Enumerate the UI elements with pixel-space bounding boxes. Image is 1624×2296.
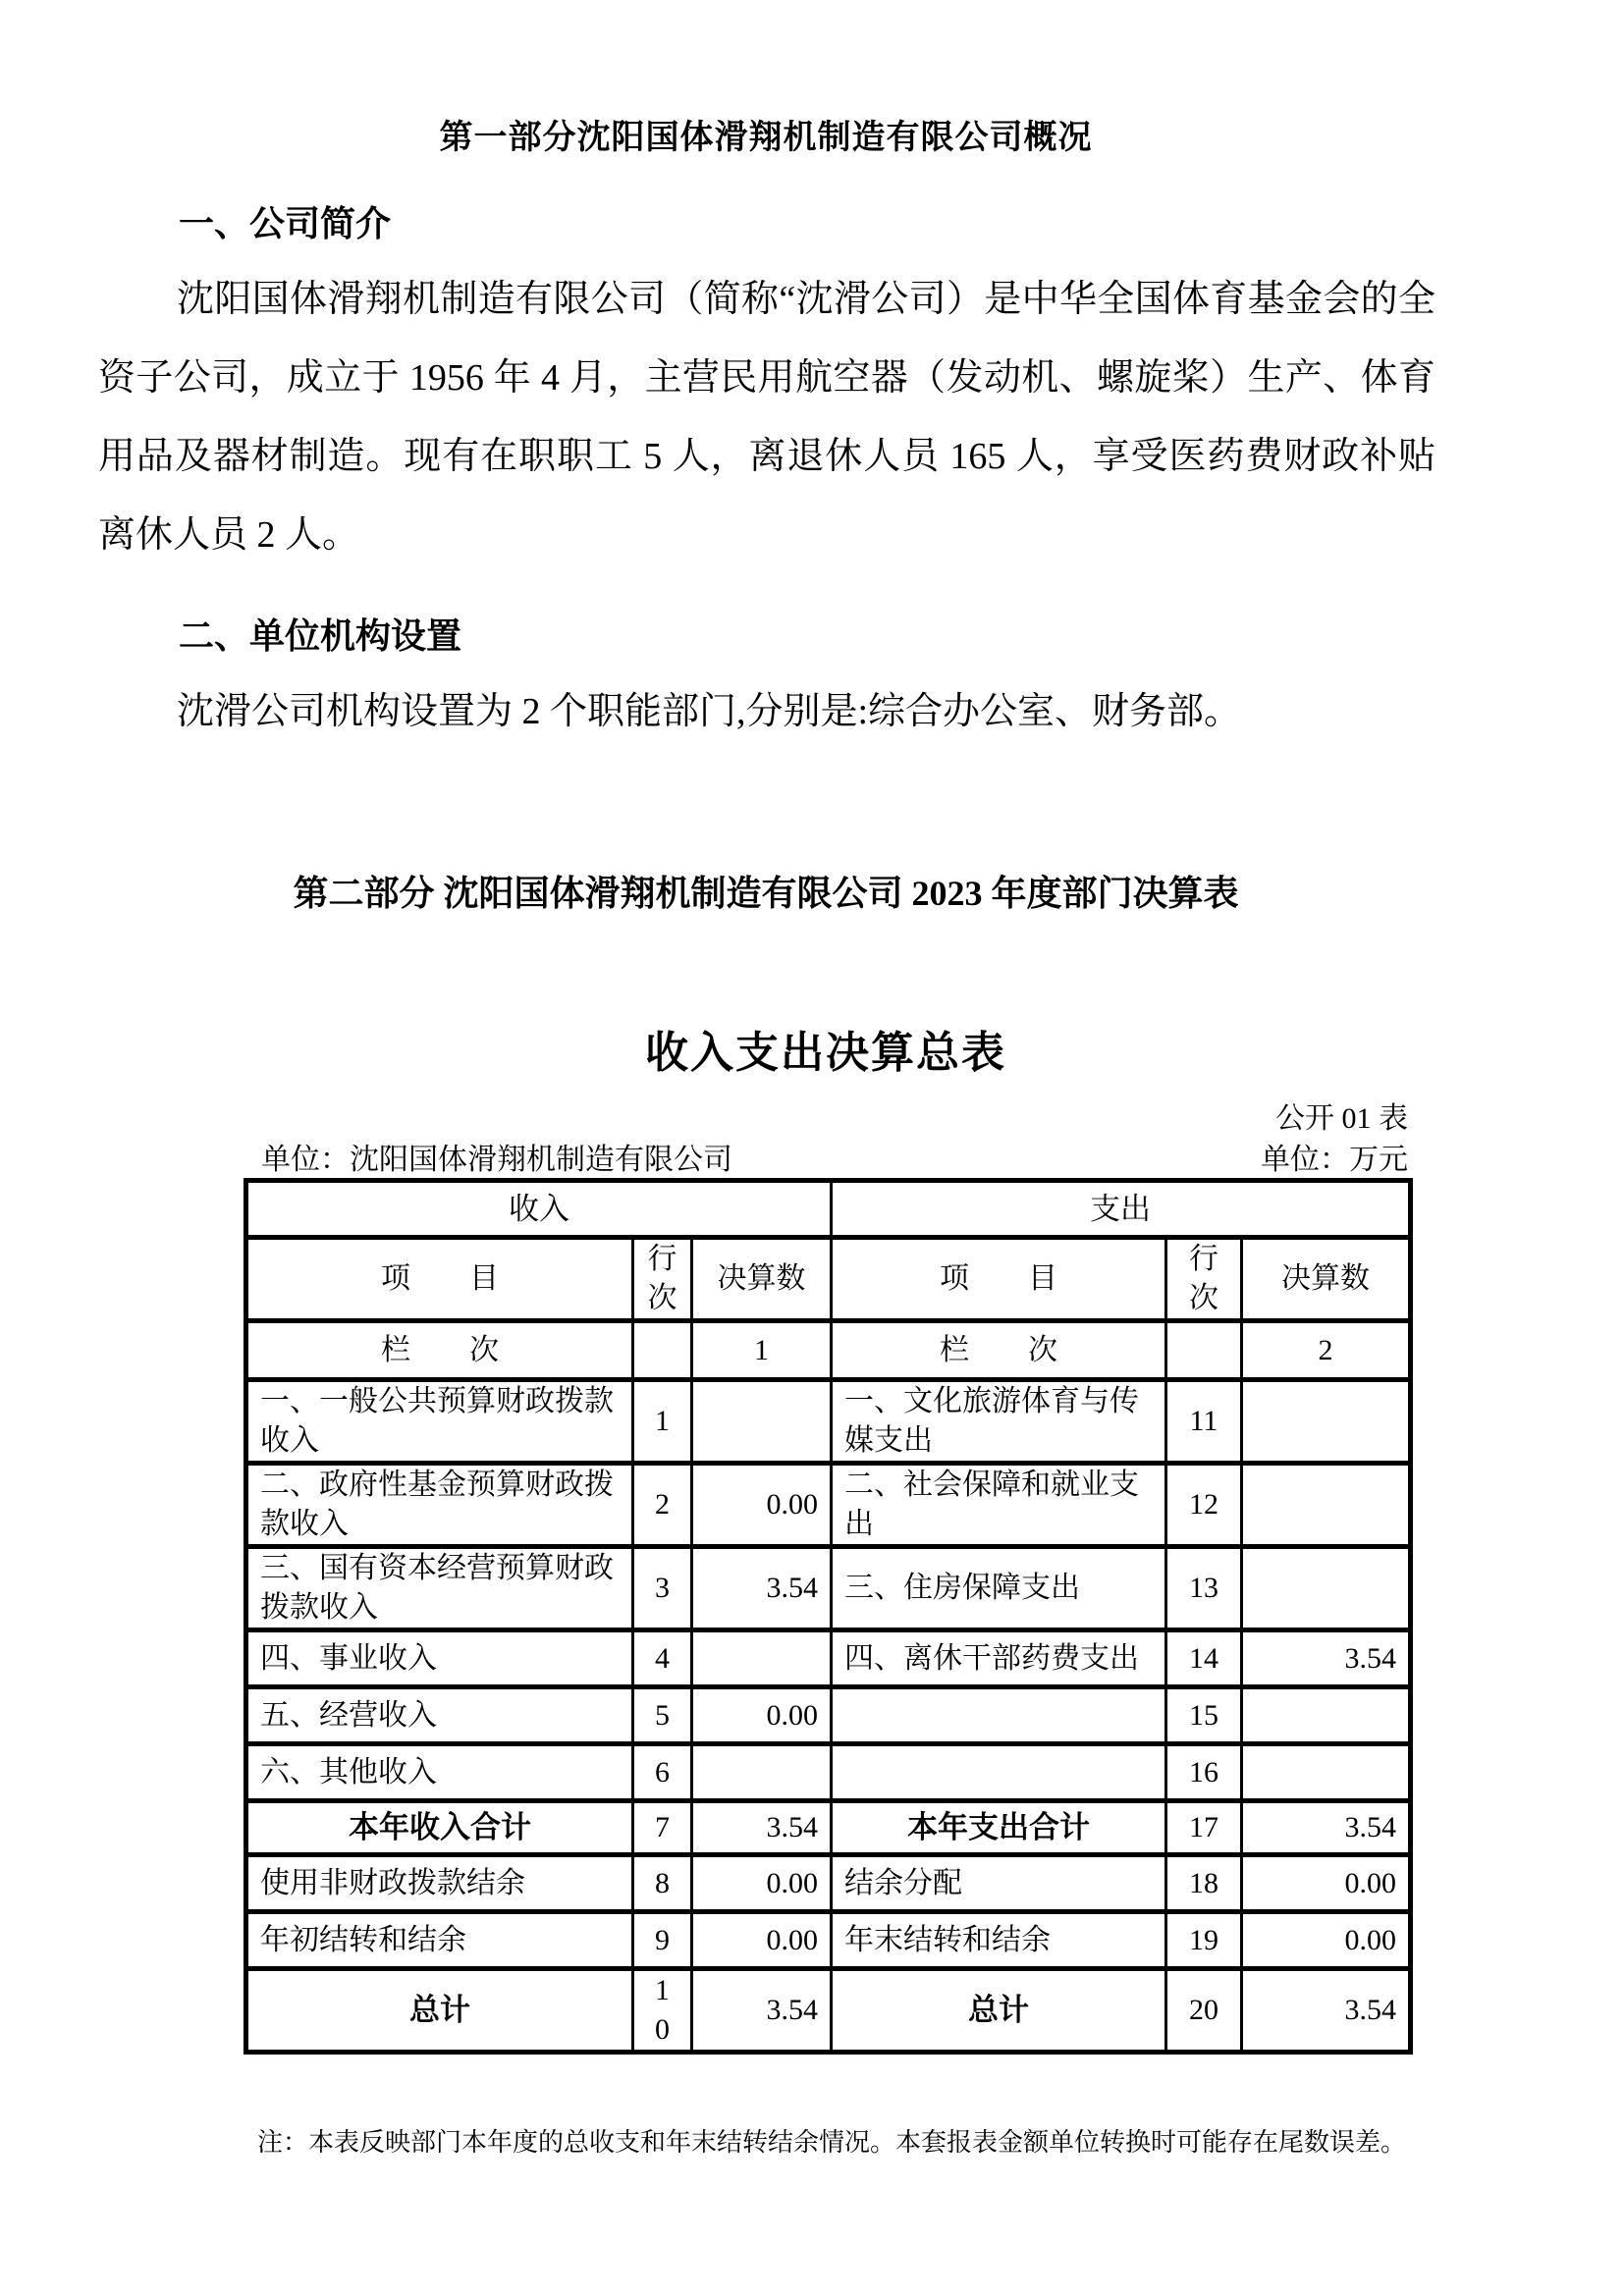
org-structure-paragraph: 沈滑公司机构设置为 2 个职能部门,分别是:综合办公室、财务部。 [98,672,1435,751]
income-rowno-cell: 5 [633,1687,692,1744]
table-row: 使用非财政拨款结余 8 0.00 结余分配 18 0.00 [246,1855,1411,1912]
unit-company-label: 单位：沈阳国体滑翔机制造有限公司 [244,1135,732,1178]
income-rowno-cell: 1 0 [633,1969,692,2053]
income-rowno-cell: 3 [633,1547,692,1630]
expense-rowno-cell: 14 [1166,1630,1242,1687]
expense-col-index: 2 [1242,1321,1411,1380]
expense-rowno-cell: 18 [1166,1855,1242,1912]
expense-item-header: 项 目 [832,1238,1166,1321]
company-intro-paragraph: 沈阳国体滑翔机制造有限公司（简称“沈滑公司）是中华全国体育基金会的全资子公司，成… [98,260,1435,574]
income-item-cell: 五、经营收入 [246,1687,633,1744]
expense-rowno-cell: 11 [1166,1380,1242,1464]
expense-rowno-cell: 13 [1166,1547,1242,1630]
expense-value-cell: 3.54 [1242,1801,1411,1855]
income-value-cell [692,1630,832,1687]
unit-currency-label: 单位：万元 [1261,1135,1408,1178]
table-group-header-row: 收入 支出 [246,1181,1411,1238]
income-rowno-cell: 9 [633,1912,692,1969]
income-item-cell: 六、其他收入 [246,1744,633,1801]
expense-item-cell: 三、住房保障支出 [832,1547,1166,1630]
expense-item-cell: 二、社会保障和就业支出 [832,1464,1166,1547]
income-item-cell: 二、政府性基金预算财政拨款收入 [246,1464,633,1547]
income-rowno-cell: 2 [633,1464,692,1547]
income-item-cell: 年初结转和结余 [246,1912,633,1969]
expense-value-cell: 0.00 [1242,1912,1411,1969]
income-item-header: 项 目 [246,1238,633,1321]
expense-rowno-cell: 15 [1166,1687,1242,1744]
expense-item-cell: 年末结转和结余 [832,1912,1166,1969]
expense-rowno-cell: 17 [1166,1801,1242,1855]
document-page: 第一部分沈阳国体滑翔机制造有限公司概况 一、公司简介 沈阳国体滑翔机制造有限公司… [0,0,1624,2296]
income-value-cell [692,1744,832,1801]
income-rowno-cell: 7 [633,1801,692,1855]
expense-value-cell [1242,1380,1411,1464]
income-item-cell: 总计 [246,1969,633,2053]
table-row: 三、国有资本经营预算财政拨款收入 3 3.54 三、住房保障支出 13 [246,1547,1411,1630]
income-value-cell: 3.54 [692,1969,832,2053]
expense-item-cell [832,1744,1166,1801]
income-item-cell: 本年收入合计 [246,1801,633,1855]
expense-lanci-empty [1166,1321,1242,1380]
income-item-cell: 三、国有资本经营预算财政拨款收入 [246,1547,633,1630]
income-group-header: 收入 [246,1181,832,1238]
table-footnote: 注：本表反映部门本年度的总收支和年末结转结余情况。本套报表金额单位转换时可能存在… [257,2122,1435,2159]
expense-rowno-cell: 16 [1166,1744,1242,1801]
table-row: 年初结转和结余 9 0.00 年末结转和结余 19 0.00 [246,1912,1411,1969]
income-lanci-label: 栏 次 [246,1321,633,1380]
table-row: 二、政府性基金预算财政拨款收入 2 0.00 二、社会保障和就业支出 12 [246,1464,1411,1547]
income-item-cell: 四、事业收入 [246,1630,633,1687]
statement-title: 收入支出决算总表 [244,1017,1408,1080]
table-column-header-row: 项 目 行 次 决算数 项 目 行 次 决算数 [246,1238,1411,1321]
table-row: 六、其他收入 6 16 [246,1744,1411,1801]
expense-group-header: 支出 [832,1181,1411,1238]
income-rowno-cell: 8 [633,1855,692,1912]
expense-item-cell: 总计 [832,1969,1166,2053]
expense-rowno-cell: 12 [1166,1464,1242,1547]
expense-item-cell [832,1687,1166,1744]
expense-lanci-label: 栏 次 [832,1321,1166,1380]
section2-heading: 二、单位机构设置 [179,609,461,659]
expense-value-cell: 0.00 [1242,1855,1411,1912]
income-item-cell: 一、一般公共预算财政拨款收入 [246,1380,633,1464]
expense-value-cell [1242,1687,1411,1744]
table-code-label: 公开 01 表 [244,1094,1408,1137]
expense-value-cell [1242,1744,1411,1801]
expense-value-cell [1242,1547,1411,1630]
table-row-total-year: 本年收入合计 7 3.54 本年支出合计 17 3.54 [246,1801,1411,1855]
part2-title: 第二部分 沈阳国体滑翔机制造有限公司 2023 年度部门决算表 [98,866,1434,916]
part1-title: 第一部分沈阳国体滑翔机制造有限公司概况 [98,110,1434,158]
income-rowno-cell: 4 [633,1630,692,1687]
income-rowno-cell: 1 [633,1380,692,1464]
expense-rowno-header: 行 次 [1166,1238,1242,1321]
expense-rowno-cell: 20 [1166,1969,1242,2053]
table-row-grand-total: 总计 1 0 3.54 总计 20 3.54 [246,1969,1411,2053]
income-value-cell: 0.00 [692,1687,832,1744]
income-value-cell: 3.54 [692,1801,832,1855]
income-value-cell: 3.54 [692,1547,832,1630]
table-row: 一、一般公共预算财政拨款收入 1 一、文化旅游体育与传媒支出 11 [246,1380,1411,1464]
income-value-cell: 0.00 [692,1855,832,1912]
section1-heading: 一、公司简介 [179,196,391,246]
income-value-cell [692,1380,832,1464]
income-col-index: 1 [692,1321,832,1380]
units-row: 单位：沈阳国体滑翔机制造有限公司 单位：万元 [244,1135,1408,1178]
expense-value-cell: 3.54 [1242,1630,1411,1687]
income-final-header: 决算数 [692,1238,832,1321]
expense-item-cell: 一、文化旅游体育与传媒支出 [832,1380,1166,1464]
table-column-index-row: 栏 次 1 栏 次 2 [246,1321,1411,1380]
income-value-cell: 0.00 [692,1912,832,1969]
expense-item-cell: 四、离休干部药费支出 [832,1630,1166,1687]
expense-item-cell: 本年支出合计 [832,1801,1166,1855]
income-rowno-cell: 6 [633,1744,692,1801]
expense-rowno-cell: 19 [1166,1912,1242,1969]
income-value-cell: 0.00 [692,1464,832,1547]
expense-final-header: 决算数 [1242,1238,1411,1321]
income-rowno-header: 行 次 [633,1238,692,1321]
income-item-cell: 使用非财政拨款结余 [246,1855,633,1912]
expense-item-cell: 结余分配 [832,1855,1166,1912]
income-lanci-empty [633,1321,692,1380]
income-expense-table: 收入 支出 项 目 行 次 决算数 项 目 行 次 决算数 栏 次 1 栏 次 … [244,1178,1413,2055]
expense-value-cell [1242,1464,1411,1547]
expense-value-cell: 3.54 [1242,1969,1411,2053]
table-row: 五、经营收入 5 0.00 15 [246,1687,1411,1744]
table-row: 四、事业收入 4 四、离休干部药费支出 14 3.54 [246,1630,1411,1687]
